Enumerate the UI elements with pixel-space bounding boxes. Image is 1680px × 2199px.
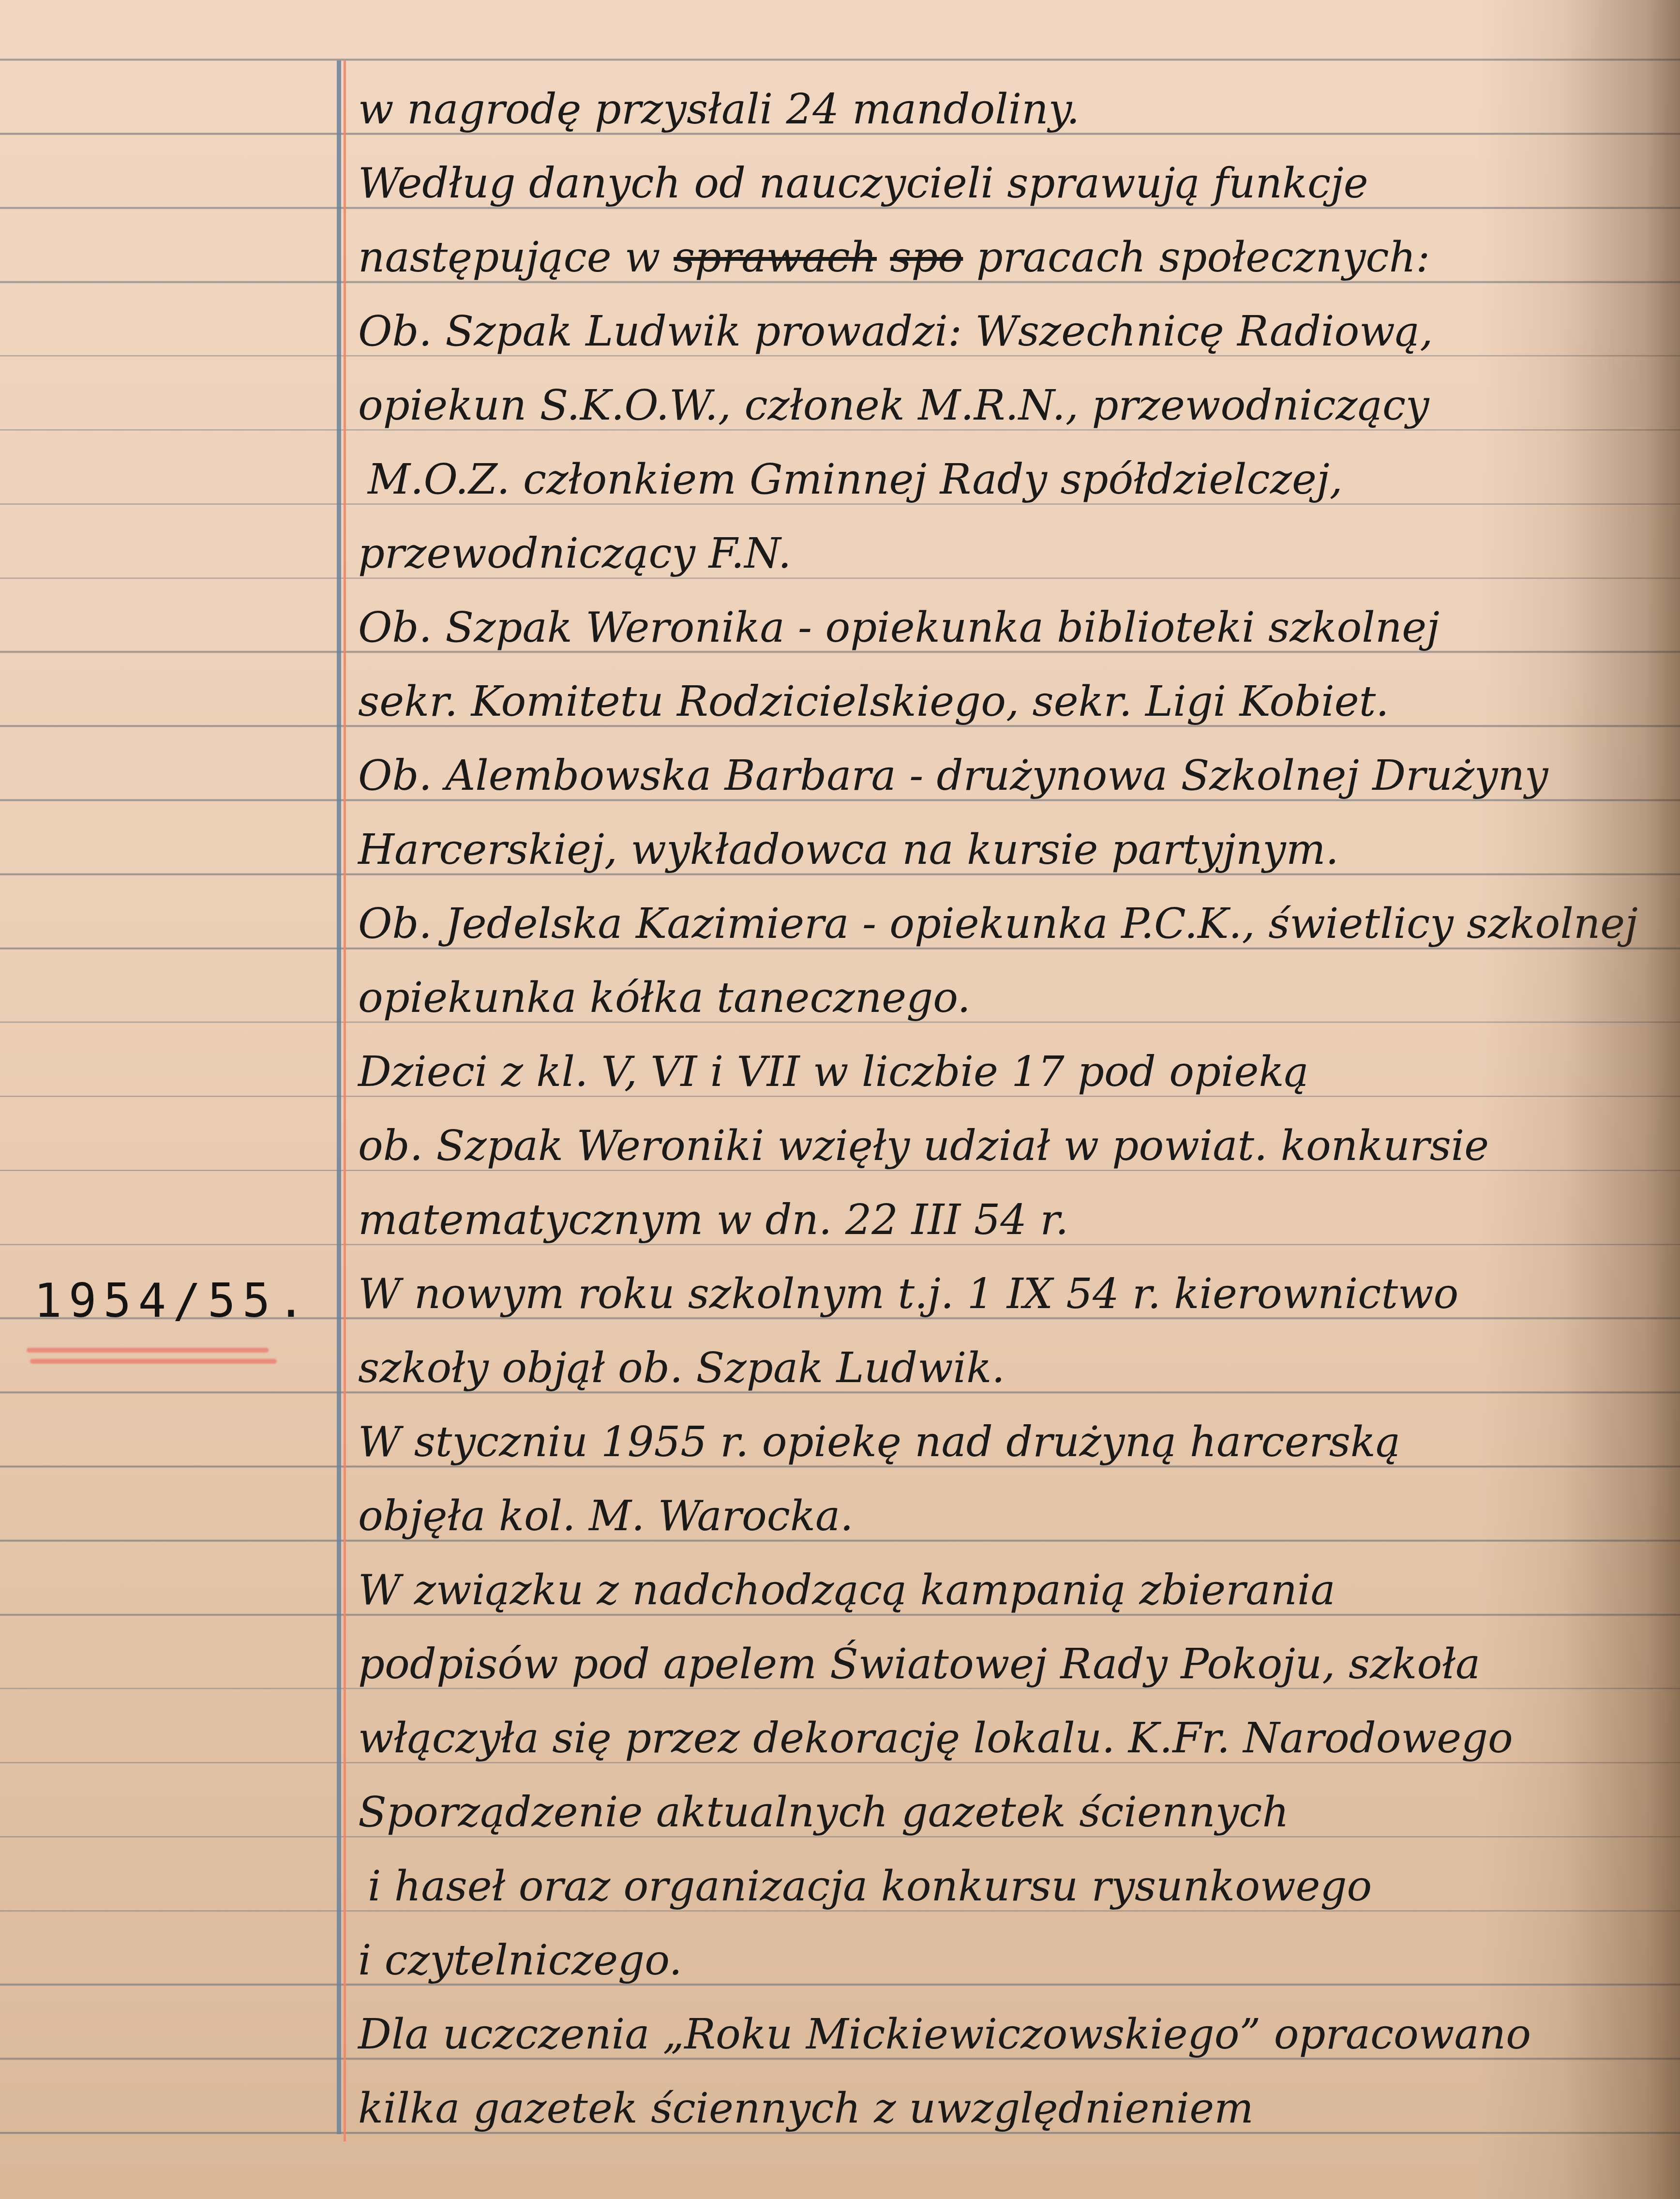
text-line: w nagrodę przysłali 24 mandoliny. — [358, 60, 1665, 133]
text-line: ob. Szpak Weroniki wzięły udział w powia… — [358, 1096, 1665, 1170]
line-text: opiekunka kółka tanecznego. — [358, 977, 971, 1022]
margin-line-red — [344, 60, 346, 2141]
text-line: przewodniczący F.N. — [358, 503, 1665, 577]
line-text: sekr. Komitetu Rodzicielskiego, sekr. Li… — [358, 681, 1389, 725]
line-text: następujące w sprawach spo pracach społe… — [358, 237, 1430, 281]
margin-year-note: 1954/55. — [34, 1274, 312, 1328]
struck-word: spo — [890, 233, 963, 282]
text-segment — [877, 233, 890, 282]
line-text: matematycznym w dn. 22 III 54 r. — [358, 1199, 1068, 1244]
text-line: M.O.Z. członkiem Gminnej Rady spółdzielc… — [358, 429, 1665, 503]
text-line: W związku z nadchodzącą kampanią zbieran… — [358, 1540, 1665, 1614]
text-line: Sporządzenie aktualnych gazetek ściennyc… — [358, 1762, 1665, 1836]
line-text: Według danych od nauczycieli sprawują fu… — [358, 163, 1368, 207]
line-text: Sporządzenie aktualnych gazetek ściennyc… — [358, 1792, 1289, 1836]
text-line: W styczniu 1955 r. opiekę nad drużyną ha… — [358, 1392, 1665, 1466]
line-text: Ob. Szpak Ludwik prowadzi: Wszechnicę Ra… — [358, 311, 1433, 355]
line-text: Harcerskiej, wykładowca na kursie partyj… — [358, 829, 1339, 874]
text-line: włączyła się przez dekorację lokalu. K.F… — [358, 1688, 1665, 1762]
text-line: Ob. Jedelska Kazimiera - opiekunka P.C.K… — [358, 874, 1665, 948]
line-text: Ob. Szpak Weronika - opiekunka bibliotek… — [358, 607, 1440, 651]
text-line: objęła kol. M. Warocka. — [358, 1466, 1665, 1540]
line-text: podpisów pod apelem Światowej Rady Pokoj… — [358, 1643, 1480, 1688]
text-line: opiekun S.K.O.W., członek M.R.N., przewo… — [358, 355, 1665, 429]
line-text: M.O.Z. członkiem Gminnej Rady spółdzielc… — [368, 459, 1343, 503]
line-text: kilka gazetek ściennych z uwzględnieniem — [358, 2088, 1254, 2132]
text-segment: następujące w — [358, 233, 674, 282]
line-text: W nowym roku szkolnym t.j. 1 IX 54 r. ki… — [358, 1273, 1458, 1318]
line-text: Ob. Alembowska Barbara - drużynowa Szkol… — [358, 755, 1548, 799]
text-line: opiekunka kółka tanecznego. — [358, 948, 1665, 1022]
text-line: szkoły objął ob. Szpak Ludwik. — [358, 1318, 1665, 1392]
text-line: Ob. Szpak Weronika - opiekunka bibliotek… — [358, 577, 1665, 651]
line-text: opiekun S.K.O.W., członek M.R.N., przewo… — [358, 385, 1429, 429]
line-text: przewodniczący F.N. — [358, 533, 791, 577]
text-line: Dla uczczenia „Roku Mickiewiczowskiego” … — [358, 1984, 1665, 2058]
line-text: Ob. Jedelska Kazimiera - opiekunka P.C.K… — [358, 903, 1638, 948]
text-line: sekr. Komitetu Rodzicielskiego, sekr. Li… — [358, 651, 1665, 725]
line-text: W styczniu 1955 r. opiekę nad drużyną ha… — [358, 1421, 1400, 1466]
line-text: i haseł oraz organizacja konkursu rysunk… — [368, 1866, 1372, 1910]
line-text: objęła kol. M. Warocka. — [358, 1495, 854, 1540]
text-line: W nowym roku szkolnym t.j. 1 IX 54 r. ki… — [358, 1244, 1665, 1318]
line-text: włączyła się przez dekorację lokalu. K.F… — [358, 1717, 1513, 1762]
line-text: ob. Szpak Weroniki wzięły udział w powia… — [358, 1125, 1489, 1170]
text-line: Ob. Alembowska Barbara - drużynowa Szkol… — [358, 725, 1665, 799]
handwritten-text-body: w nagrodę przysłali 24 mandoliny. Według… — [358, 60, 1665, 2132]
struck-word: sprawach — [674, 233, 877, 282]
line-text: Dla uczczenia „Roku Mickiewiczowskiego” … — [358, 2014, 1531, 2058]
text-line: podpisów pod apelem Światowej Rady Pokoj… — [358, 1614, 1665, 1688]
text-line: następujące w sprawach spo pracach społe… — [358, 207, 1665, 281]
text-line: i czytelniczego. — [358, 1910, 1665, 1984]
line-text: w nagrodę przysłali 24 mandoliny. — [358, 89, 1080, 133]
text-line: Dzieci z kl. V, VI i VII w liczbie 17 po… — [358, 1022, 1665, 1096]
text-line: i haseł oraz organizacja konkursu rysunk… — [358, 1836, 1665, 1910]
text-line: matematycznym w dn. 22 III 54 r. — [358, 1170, 1665, 1244]
margin-line-blue — [337, 60, 341, 2134]
line-text: Dzieci z kl. V, VI i VII w liczbie 17 po… — [358, 1051, 1309, 1096]
line-text: W związku z nadchodzącą kampanią zbieran… — [358, 1569, 1335, 1614]
year-underline-2 — [30, 1359, 277, 1364]
text-line: Harcerskiej, wykładowca na kursie partyj… — [358, 799, 1665, 874]
text-segment: pracach społecznych: — [963, 233, 1430, 282]
text-line: kilka gazetek ściennych z uwzględnieniem — [358, 2058, 1665, 2132]
year-underline-1 — [27, 1348, 269, 1353]
text-line: Według danych od nauczycieli sprawują fu… — [358, 133, 1665, 207]
line-text: i czytelniczego. — [358, 1940, 682, 1984]
text-line: Ob. Szpak Ludwik prowadzi: Wszechnicę Ra… — [358, 281, 1665, 355]
line-text: szkoły objął ob. Szpak Ludwik. — [358, 1347, 1005, 1392]
